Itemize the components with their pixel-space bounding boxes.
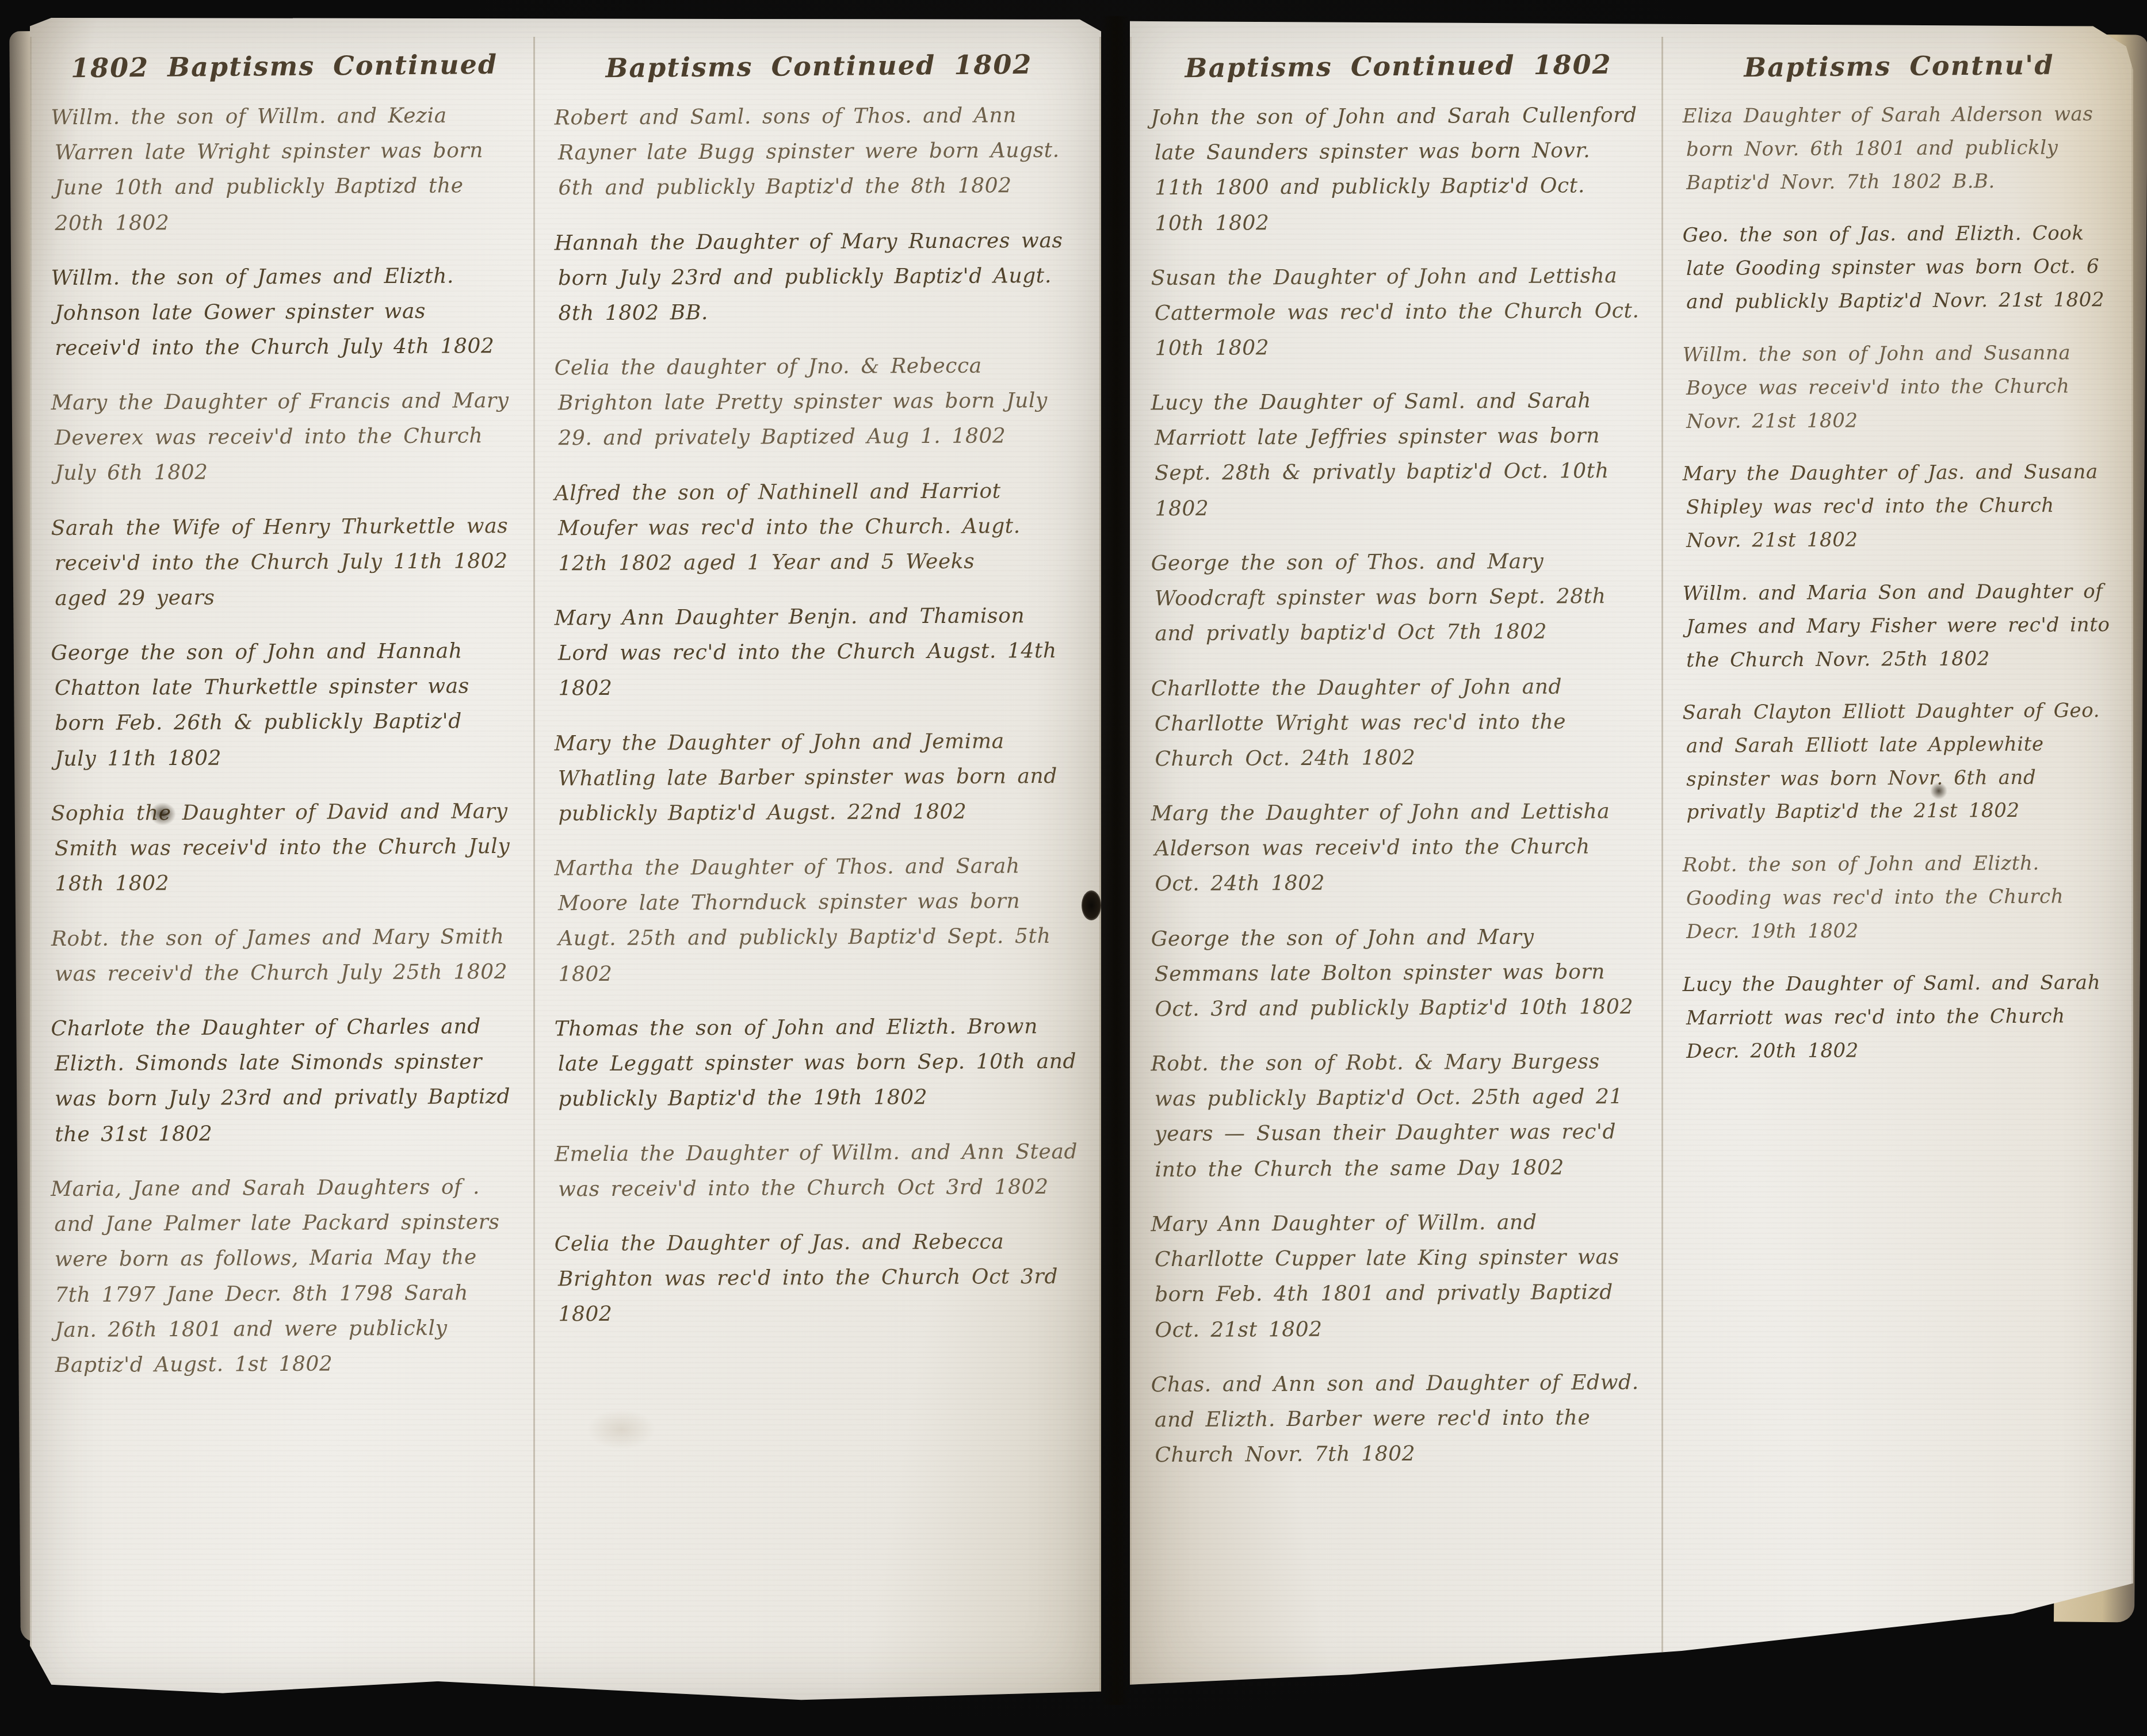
register-entry: Chas. and Ann son and Daughter of Edwd. … — [1155, 1365, 1642, 1473]
register-entry: George the son of John and Mary Semmans … — [1155, 919, 1642, 1027]
register-entry: Sarah the Wife of Henry Thurkettle was r… — [55, 508, 514, 617]
register-entry: Willm. the son of Willm. and Kezia Warre… — [54, 98, 514, 241]
column-header: Baptisms Continued 1802 — [560, 48, 1078, 84]
register-entry: Mary Ann Daughter of Willm. and Charllot… — [1154, 1205, 1642, 1348]
register-entry: Emelia the Daughter of Willm. and Ann St… — [558, 1134, 1080, 1207]
column-header: Baptisms Continued 1802 — [1157, 48, 1640, 83]
column-1: 1802 Baptisms Continued Willm. the son o… — [30, 37, 533, 1705]
register-entry: Lucy the Daughter of Saml. and Sarah Mar… — [1686, 966, 2112, 1068]
register-entry: Alfred the son of Nathinell and Harriot … — [558, 473, 1080, 581]
register-entry: Susan the Daughter of John and Lettisha … — [1155, 258, 1642, 366]
register-book: 1802 Baptisms Continued Willm. the son o… — [30, 16, 2133, 1705]
register-entry: Robt. the son of Robt. & Mary Burgess wa… — [1154, 1044, 1642, 1187]
register-entry: Geo. the son of Jas. and Elizth. Cook la… — [1686, 217, 2112, 319]
register-entry: Celia the Daughter of Jas. and Rebecca B… — [558, 1224, 1080, 1332]
register-entry: Thomas the son of John and Elizth. Brown… — [558, 1009, 1080, 1117]
register-entry: Robert and Saml. sons of Thos. and Ann R… — [558, 98, 1080, 206]
register-entry: Marg the Daughter of John and Lettisha A… — [1155, 794, 1642, 902]
register-entry: Celia the daughter of Jno. & Rebecca Bri… — [558, 348, 1080, 456]
register-entry: Lucy the Daughter of Saml. and Sarah Mar… — [1154, 383, 1642, 526]
register-entry: Willm. the son of James and Elizth. John… — [55, 258, 514, 366]
register-entry: Willm. and Maria Son and Daughter of Jam… — [1686, 575, 2112, 677]
column-2: Baptisms Continued 1802 Robert and Saml.… — [533, 37, 1101, 1705]
register-entry: Maria, Jane and Sarah Daughters of . and… — [54, 1169, 514, 1383]
register-entry: Charllotte the Daughter of John and Char… — [1155, 668, 1642, 777]
book-spine-shadow — [1101, 16, 1130, 1705]
binding-hole — [1082, 890, 1101, 920]
register-entry: Sophia the Daughter of David and Mary Sm… — [55, 794, 514, 902]
register-entry: George the son of Thos. and Mary Woodcra… — [1155, 544, 1642, 652]
column-4: Baptisms Contnu'd Eliza Daughter of Sara… — [1661, 37, 2133, 1705]
register-entry: Martha the Daughter of Thos. and Sarah M… — [557, 848, 1080, 992]
register-entry: Mary the Daughter of Jas. and Susana Shi… — [1686, 456, 2112, 557]
register-entry: Mary the Daughter of Francis and Mary De… — [55, 383, 514, 491]
register-entry: Sarah Clayton Elliott Daughter of Geo. a… — [1686, 694, 2112, 829]
register-entry: Mary Ann Daughter Benjn. and Thamison Lo… — [558, 598, 1080, 706]
register-entry: Eliza Daughter of Sarah Alderson was bor… — [1686, 98, 2112, 200]
register-entry: Robt. the son of John and Elizth. Goodin… — [1686, 847, 2112, 949]
register-entry: Willm. the son of John and Susanna Boyce… — [1686, 337, 2112, 438]
register-entry: Charlote the Daughter of Charles and Eli… — [54, 1009, 514, 1152]
photo-background: 1802 Baptisms Continued Willm. the son o… — [0, 0, 2147, 1736]
register-entry: Hannah the Daughter of Mary Runacres was… — [558, 223, 1080, 331]
register-entry: John the son of John and Sarah Cullenfor… — [1154, 98, 1642, 241]
column-3: Baptisms Continued 1802 John the son of … — [1130, 37, 1661, 1705]
register-page-left: 1802 Baptisms Continued Willm. the son o… — [30, 16, 1101, 1705]
register-entry: Mary the Daughter of John and Jemima Wha… — [558, 723, 1080, 831]
register-entry: George the son of John and Hannah Chatto… — [54, 633, 514, 777]
register-page-right: Baptisms Continued 1802 John the son of … — [1130, 16, 2133, 1705]
column-header: 1802 Baptisms Continued — [57, 49, 512, 84]
register-entry: Robt. the son of James and Mary Smith wa… — [55, 919, 514, 992]
column-header: Baptisms Contnu'd — [1688, 49, 2110, 83]
